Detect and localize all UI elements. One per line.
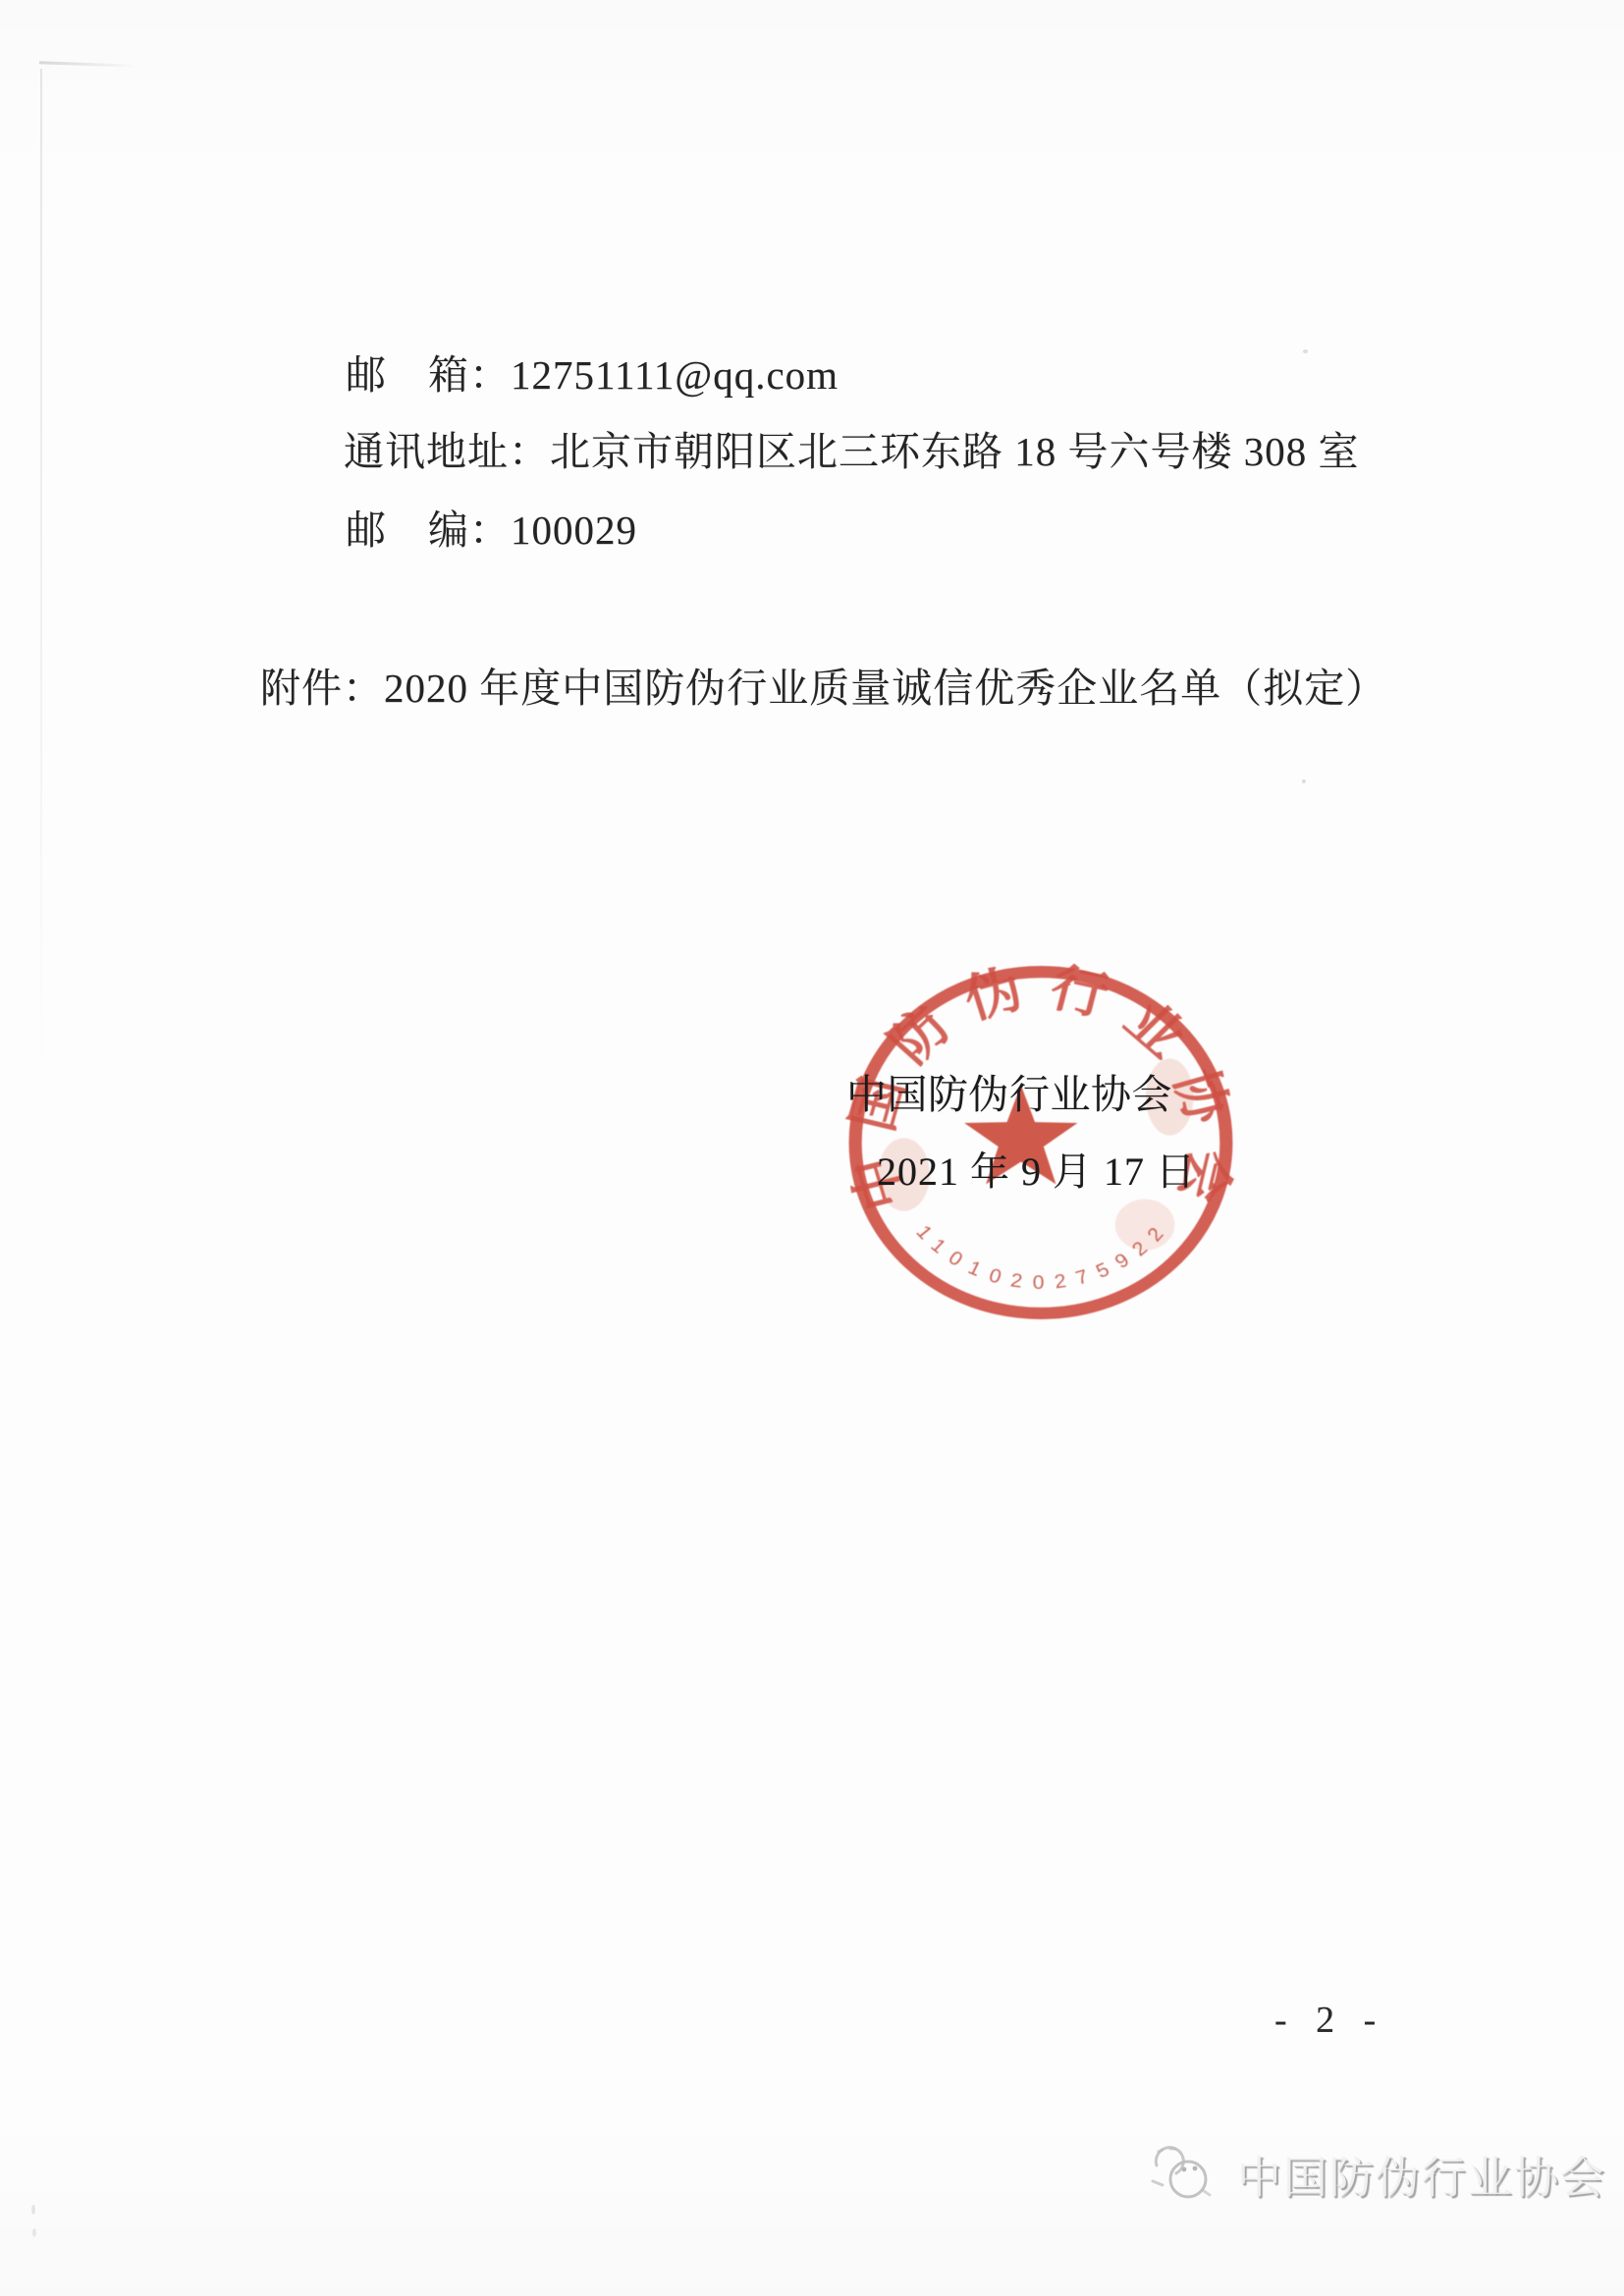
postcode-line: 邮 编：100029 (346, 508, 637, 553)
attachment-line: 附件：2020 年度中国防伪行业质量诚信优秀企业名单（拟定） (260, 667, 1386, 711)
email-line: 邮 箱：12751111@qq.com (346, 353, 839, 398)
scan-edge-artifact (40, 69, 42, 1070)
ink-blotch (1115, 1200, 1175, 1251)
footer-brand-text: 中国防伪行业协会 (1237, 2142, 1606, 2206)
address-line: 通讯地址：北京市朝阳区北三环东路 18 号六号楼 308 室 (344, 430, 1360, 474)
scan-speck (1303, 349, 1308, 353)
scan-speck (31, 2205, 35, 2215)
scan-edge-artifact (39, 61, 137, 67)
document-page: 邮 箱：12751111@qq.com 通讯地址：北京市朝阳区北三环东路 18 … (0, 0, 1624, 2296)
scan-speck (32, 2228, 36, 2237)
footer-brand: 中国防伪行业协会 (1147, 2142, 1606, 2206)
association-logo-icon (1147, 2144, 1223, 2205)
signature-date: 2021 年 9 月 17 日 (877, 1141, 1196, 1197)
signature-org: 中国防伪行业协会 (846, 1062, 1172, 1120)
scan-speck (1302, 779, 1306, 783)
page-number: - 2 - (1274, 1999, 1378, 2042)
